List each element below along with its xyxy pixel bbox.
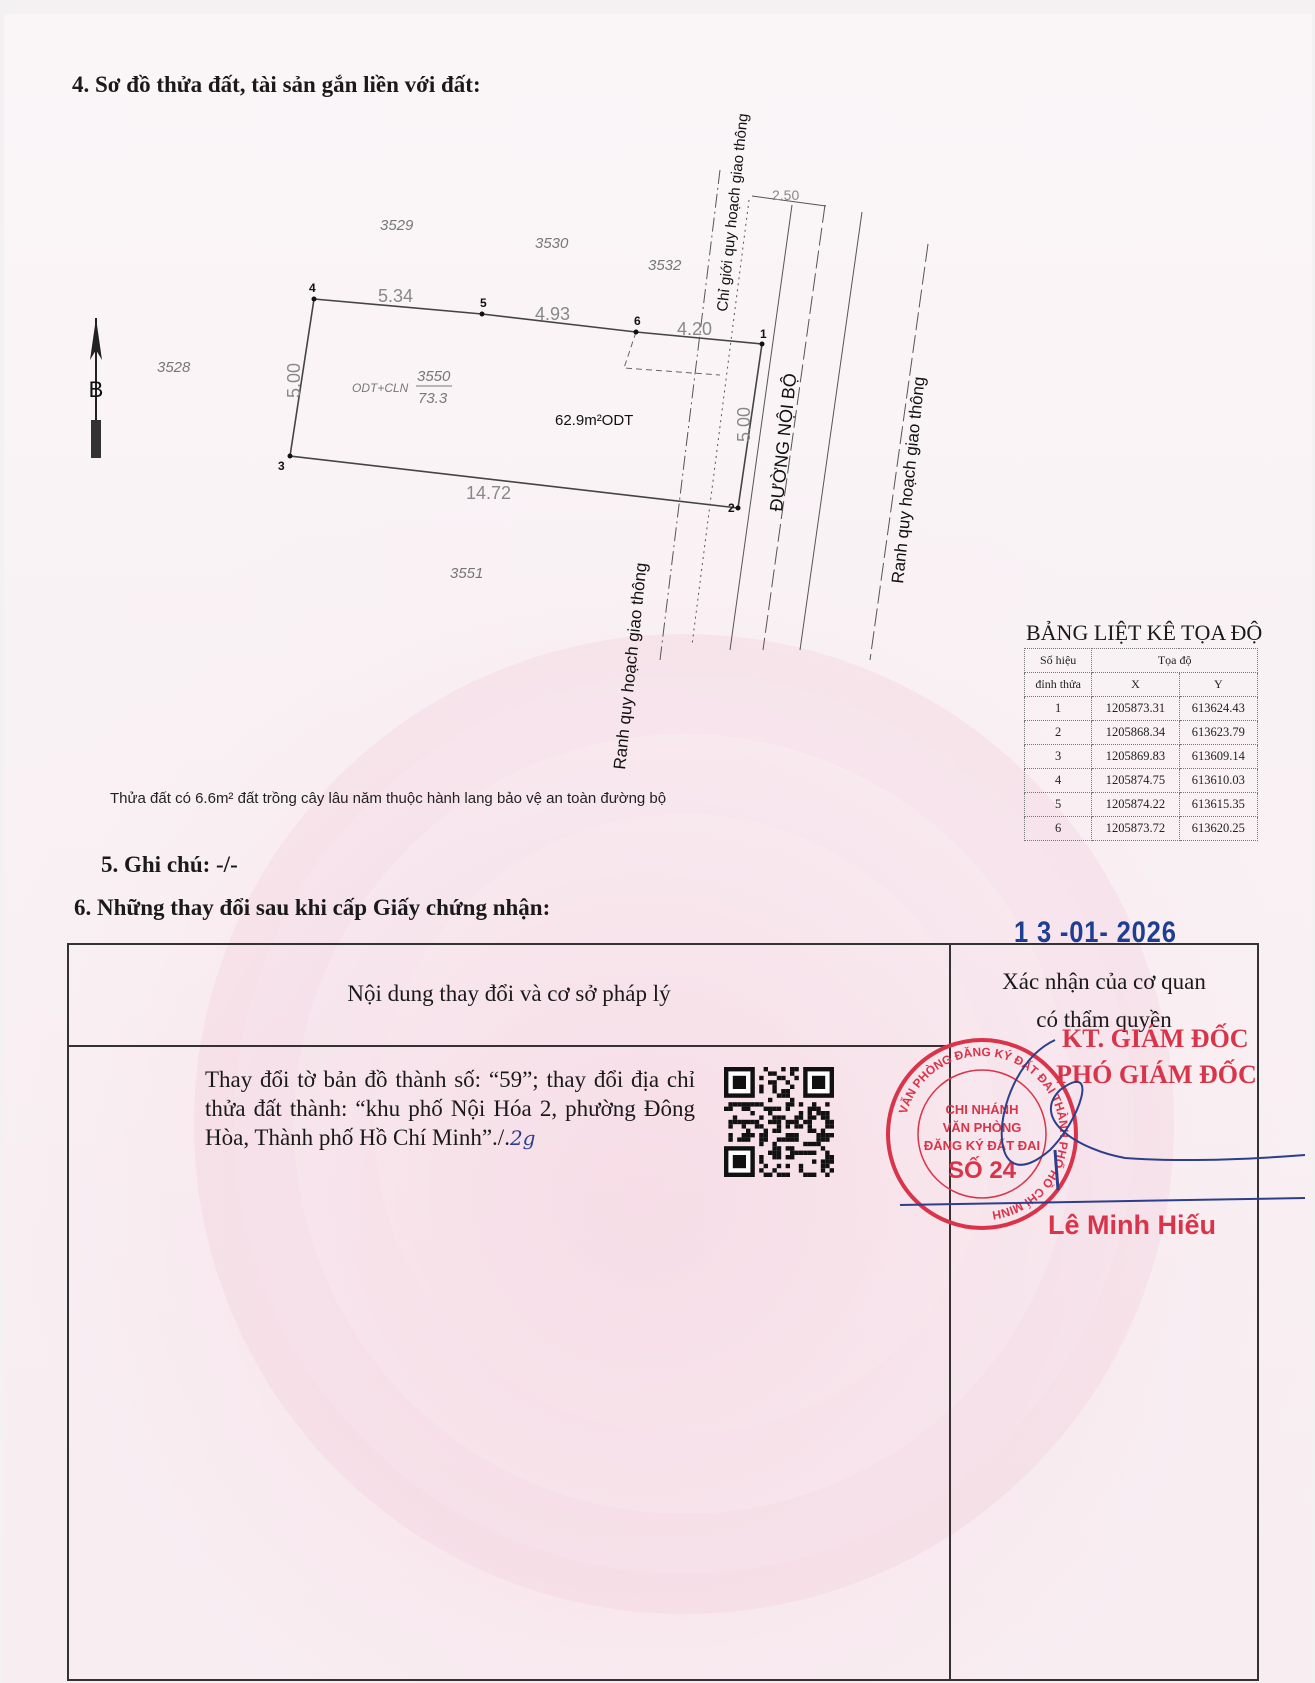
road-name: ĐƯỜNG NỘI BỘ [765,372,800,512]
svg-text:73.3: 73.3 [418,390,448,407]
svg-text:14.72: 14.72 [466,483,511,503]
change-content: Thay đổi tờ bản đồ thành số: “59”; thay … [205,1065,695,1153]
svg-text:3532: 3532 [648,257,682,274]
row-divider [69,1045,949,1047]
coord-header-vertex: Số hiệu [1025,649,1092,673]
svg-text:3: 3 [278,459,285,473]
coord-row: 21205868.34613623.79 [1025,721,1258,745]
svg-text:3550: 3550 [417,368,451,385]
signature-icon [880,1030,1310,1230]
svg-text:2.50: 2.50 [772,187,799,203]
svg-text:5.34: 5.34 [378,286,413,306]
section-5-heading: 5. Ghi chú: -/- [101,852,238,878]
section-6-heading: 6. Những thay đổi sau khi cấp Giấy chứng… [74,895,550,921]
coord-row: 31205869.83613609.14 [1025,745,1258,769]
parcel-note: Thửa đất có 6.6m² đất trồng cây lâu năm … [110,790,666,807]
svg-text:4.20: 4.20 [677,319,712,339]
svg-text:4: 4 [309,281,316,295]
svg-text:6: 6 [634,314,641,328]
coord-table-title: BẢNG LIỆT KÊ TỌA ĐỘ [1026,620,1262,646]
qr-code-icon [724,1067,834,1177]
coord-row: 11205873.31613624.43 [1025,697,1258,721]
coord-row: 41205874.75613610.03 [1025,769,1258,793]
handwritten-initials: 2g [510,1126,536,1150]
svg-text:Ranh quy hoạch giao thông: Ranh quy hoạch giao thông [610,562,651,771]
coord-header-coords: Tọa độ [1092,649,1258,673]
svg-text:Ranh quy hoạch giao thông: Ranh quy hoạch giao thông [888,376,929,585]
svg-text:62.9m²ODT: 62.9m²ODT [555,412,633,429]
svg-text:3529: 3529 [380,217,414,234]
coord-row: 51205874.22613615.35 [1025,793,1258,817]
svg-text:B: B [89,377,104,402]
svg-text:1: 1 [760,327,767,341]
svg-text:ODT+CLN: ODT+CLN [352,381,409,395]
svg-text:Chỉ giới quy hoạch giao thông: Chỉ giới quy hoạch giao thông [714,113,752,313]
svg-text:2: 2 [728,501,735,515]
coord-table: Số hiệu Tọa độ đỉnh thửa X Y 11205873.31… [1024,648,1258,841]
changes-column-header: Nội dung thay đổi và cơ sở pháp lý [69,981,949,1007]
svg-text:5: 5 [480,296,487,310]
svg-text:4.93: 4.93 [535,304,570,324]
svg-text:3551: 3551 [450,565,483,582]
svg-text:5.00: 5.00 [734,407,754,442]
signer-name: Lê Minh Hiếu [1048,1210,1216,1241]
north-arrow-icon: B [89,318,104,458]
coord-row: 61205873.72613620.25 [1025,817,1258,841]
svg-text:3530: 3530 [535,235,569,252]
svg-text:3528: 3528 [157,359,191,376]
svg-text:5.00: 5.00 [284,363,304,398]
